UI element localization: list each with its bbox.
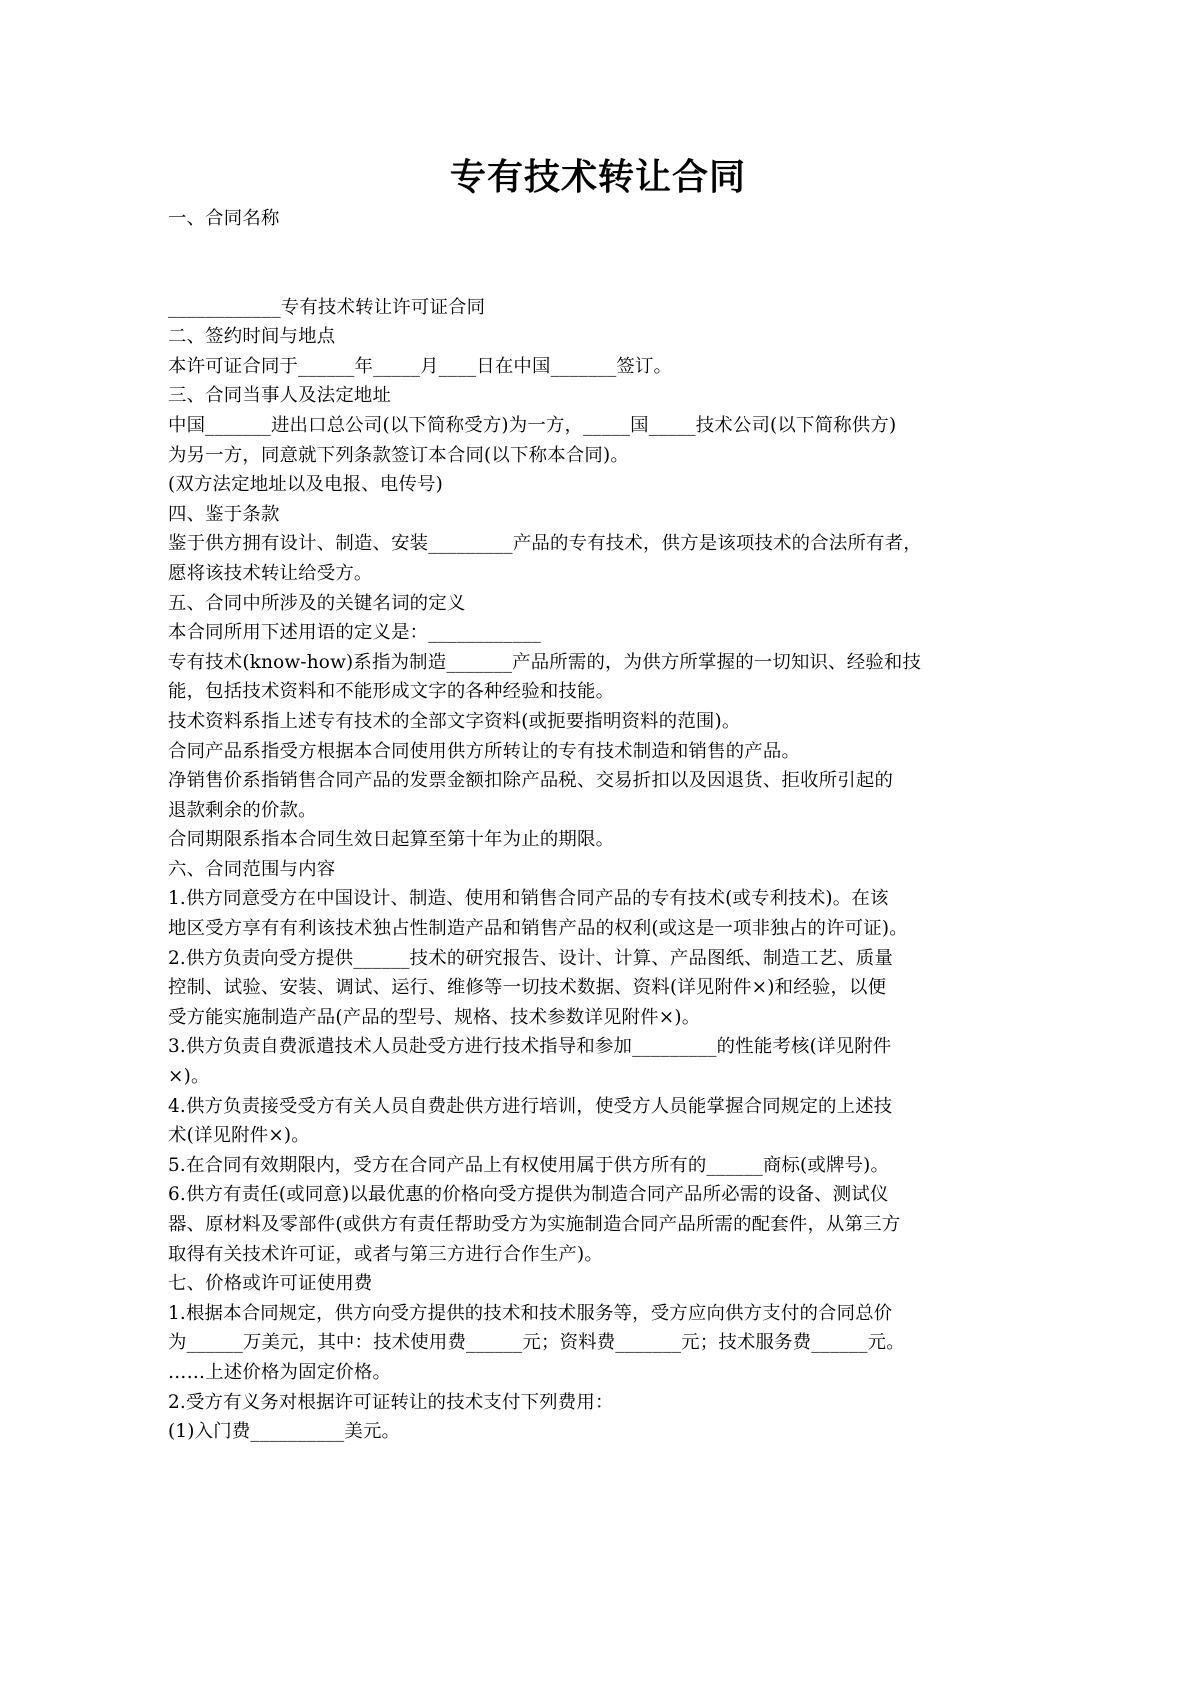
paragraph: 愿将该技术转让给受方。	[168, 559, 1028, 589]
list-item: 为______万美元，其中：技术使用费______元；资料费_______元；技…	[168, 1328, 1028, 1358]
paragraph: 本合同所用下述用语的定义是：____________	[168, 618, 1028, 648]
list-item: 2.供方负责向受方提供______技术的研究报告、设计、计算、产品图纸、制造工艺…	[168, 944, 1028, 974]
list-item: 受方能实施制造产品(产品的型号、规格、技术参数详见附件×)。	[168, 1003, 1028, 1033]
list-item: 6.供方有责任(或同意)以最优惠的价格向受方提供为制造合同产品所必需的设备、测试…	[168, 1180, 1028, 1210]
list-item: 1.供方同意受方在中国设计、制造、使用和销售合同产品的专有技术(或专利技术)。在…	[168, 884, 1028, 914]
paragraph: (双方法定地址以及电报、电传号)	[168, 470, 1028, 500]
paragraph: 为另一方，同意就下列条款签订本合同(以下称本合同)。	[168, 441, 1028, 471]
paragraph: 本许可证合同于______年_____月____日在中国_______签订。	[168, 352, 1028, 382]
section-heading-price: 七、价格或许可证使用费	[168, 1269, 1028, 1299]
paragraph: 能，包括技术资料和不能形成文字的各种经验和技能。	[168, 677, 1028, 707]
list-item: 5.在合同有效期限内，受方在合同产品上有权使用属于供方所有的______商标(或…	[168, 1151, 1028, 1181]
contract-name-line: ____________专有技术转让许可证合同	[168, 293, 1028, 323]
section-heading-definitions: 五、合同中所涉及的关键名词的定义	[168, 589, 1028, 619]
paragraph: 合同产品系指受方根据本合同使用供方所转让的专有技术制造和销售的产品。	[168, 737, 1028, 767]
paragraph: 鉴于供方拥有设计、制造、安装_________产品的专有技术，供方是该项技术的合…	[168, 529, 1028, 559]
list-item: 器、原材料及零部件(或供方有责任帮助受方为实施制造合同产品所需的配套件，从第三方	[168, 1210, 1028, 1240]
section-heading-scope: 六、合同范围与内容	[168, 855, 1028, 885]
list-item: 取得有关技术许可证，或者与第三方进行合作生产)。	[168, 1240, 1028, 1270]
paragraph: 专有技术(know-how)系指为制造_______产品所需的，为供方所掌握的一…	[168, 648, 1028, 678]
paragraph: 中国_______进出口总公司(以下简称受方)为一方，_____国_____技术…	[168, 411, 1028, 441]
paragraph: 净销售价系指销售合同产品的发票金额扣除产品税、交易折扣以及因退货、拒收所引起的	[168, 766, 1028, 796]
document-body: 一、合同名称 ____________专有技术转让许可证合同 二、签约时间与地点…	[168, 204, 1028, 1447]
list-item: 1.根据本合同规定，供方向受方提供的技术和技术服务等，受方应向供方支付的合同总价	[168, 1299, 1028, 1329]
list-item: 控制、试验、安装、调试、运行、维修等一切技术数据、资料(详见附件×)和经验，以便	[168, 973, 1028, 1003]
document-title: 专有技术转让合同	[168, 150, 1028, 206]
section-heading-parties: 三、合同当事人及法定地址	[168, 381, 1028, 411]
section-heading-contract-name: 一、合同名称	[168, 204, 1028, 234]
list-item: (1)入门费__________美元。	[168, 1417, 1028, 1447]
list-item: 2.受方有义务对根据许可证转让的技术支付下列费用：	[168, 1388, 1028, 1418]
list-item: 术(详见附件×)。	[168, 1121, 1028, 1151]
list-item: 4.供方负责接受受方有关人员自费赴供方进行培训，使受方人员能掌握合同规定的上述技	[168, 1092, 1028, 1122]
list-item: 3.供方负责自费派遣技术人员赴受方进行技术指导和参加_________的性能考核…	[168, 1032, 1028, 1062]
blank-spacer	[168, 234, 1028, 293]
paragraph: 合同期限系指本合同生效日起算至第十年为止的期限。	[168, 825, 1028, 855]
list-item: ……上述价格为固定价格。	[168, 1358, 1028, 1388]
section-heading-signing: 二、签约时间与地点	[168, 322, 1028, 352]
list-item: ×)。	[168, 1062, 1028, 1092]
paragraph: 技术资料系指上述专有技术的全部文字资料(或扼要指明资料的范围)。	[168, 707, 1028, 737]
list-item: 地区受方享有有利该技术独占性制造产品和销售产品的权利(或这是一项非独占的许可证)…	[168, 914, 1028, 944]
paragraph: 退款剩余的价款。	[168, 796, 1028, 826]
section-heading-recitals: 四、鉴于条款	[168, 500, 1028, 530]
